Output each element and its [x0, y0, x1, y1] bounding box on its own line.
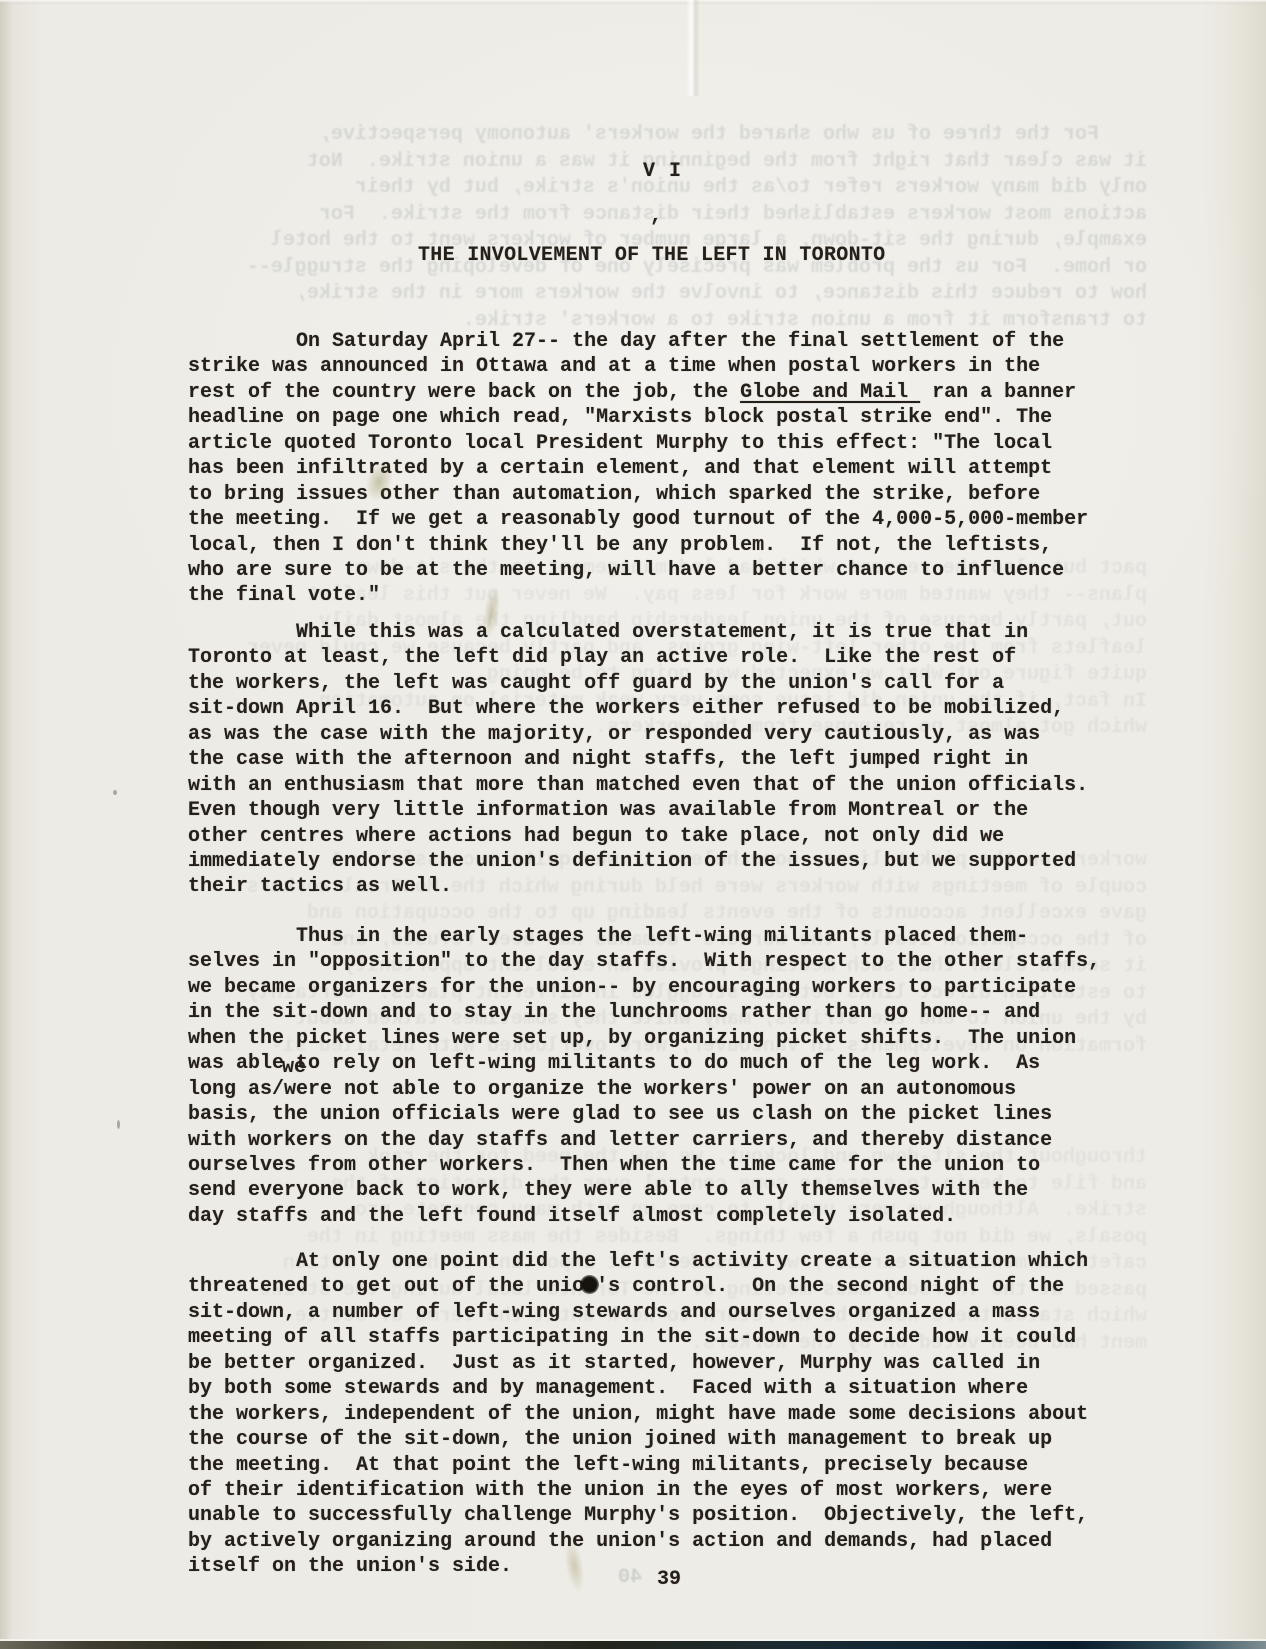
text-line: Thus in the early stages the left-wing m… — [188, 924, 1100, 949]
text-line: with workers on the day staffs and lette… — [188, 1128, 1100, 1153]
text-line: headline on page one which read, "Marxis… — [188, 405, 1088, 430]
speck-mark — [113, 790, 117, 795]
paragraph: Thus in the early stages the left-wing m… — [188, 924, 1100, 1229]
text-line: by both some stewards and by management.… — [188, 1376, 1088, 1401]
ink-blot-overstrike: n — [584, 1275, 596, 1298]
text-line: has been infiltrated by a certain elemen… — [188, 456, 1088, 481]
text-line: the meeting. At that point the left-wing… — [188, 1453, 1088, 1478]
text-line: sit-down April 16. But where the workers… — [188, 696, 1088, 721]
text-line: unable to successfully challenge Murphy'… — [188, 1503, 1088, 1528]
text-line: day staffs and the left found itself alm… — [188, 1204, 1100, 1229]
text-line: who are sure to be at the meeting, will … — [188, 558, 1088, 583]
text-line: selves in "opposition" to the day staffs… — [188, 949, 1100, 974]
text-line: strike was announced in Ottawa and at a … — [188, 354, 1088, 379]
bleedthrough-line: how to reduce this distance, to involve … — [105, 281, 1147, 308]
text-line: in the sit-down and to stay in the lunch… — [188, 1000, 1100, 1025]
text-line: when the picket lines were set up, by or… — [188, 1026, 1100, 1051]
text-line: ourselves from other workers. Then when … — [188, 1153, 1100, 1178]
text-line: their tactics as well. — [188, 874, 1088, 899]
text-line: the final vote." — [188, 583, 1088, 608]
paper-crease — [686, 0, 700, 96]
text-segment: ran a banner — [920, 381, 1076, 404]
text-line: other centres where actions had begun to… — [188, 824, 1088, 849]
text-line: was able to rely on left-wing militants … — [188, 1051, 1100, 1076]
text-line: itself on the union's side. — [188, 1554, 1088, 1579]
text-line: of their identification with the union i… — [188, 1478, 1088, 1503]
underlined-text: Globe and Mail — [740, 381, 920, 404]
text-line: the workers, independent of the union, m… — [188, 1402, 1088, 1427]
document-page: For the three of us who shared the worke… — [0, 0, 1266, 1649]
text-line: by actively organizing around the union'… — [188, 1529, 1088, 1554]
text-line: Even though very little information was … — [188, 798, 1088, 823]
text-line: send everyone back to work, they were ab… — [188, 1178, 1100, 1203]
text-line: the case with the afternoon and night st… — [188, 747, 1088, 772]
paragraph: While this was a calculated overstatemen… — [188, 620, 1088, 900]
text-segment: threatened to get out of the unio — [188, 1275, 584, 1298]
text-line: the course of the sit-down, the union jo… — [188, 1427, 1088, 1452]
text-line: long as/wewere not able to organize the … — [188, 1077, 1100, 1102]
text-line: rest of the country were back on the job… — [188, 380, 1088, 405]
text-line: While this was a calculated overstatemen… — [188, 620, 1088, 645]
text-segment: long as/ — [188, 1078, 284, 1101]
speck-mark — [117, 1120, 120, 1129]
text-line: On Saturday April 27-- the day after the… — [188, 329, 1088, 354]
text-line: immediately endorse the union's definiti… — [188, 849, 1088, 874]
text-segment: 's control. On the second night of the — [596, 1275, 1064, 1298]
stray-typed-mark: , — [650, 205, 662, 228]
text-line: the meeting. If we get a reasonably good… — [188, 507, 1088, 532]
text-line: we became organizers for the union-- by … — [188, 975, 1100, 1000]
text-line: At only one point did the left's activit… — [188, 1249, 1088, 1274]
text-line: threatened to get out of the union's con… — [188, 1274, 1088, 1299]
text-line: sit-down, a number of left-wing stewards… — [188, 1300, 1088, 1325]
bleedthrough-line: For the three of us who shared the worke… — [105, 122, 1147, 149]
text-line: to bring issues other than automation, w… — [188, 482, 1088, 507]
inserted-word: we — [282, 1055, 306, 1080]
paper-top-edge — [0, 0, 1266, 5]
page-title: THE INVOLVEMENT OF THE LEFT IN TORONTO — [418, 244, 885, 267]
text-line: be better organized. Just as it started,… — [188, 1351, 1088, 1376]
bleedthrough-line: only did many workers refer to/as the un… — [105, 175, 1147, 202]
text-segment: rest of the country were back on the job… — [188, 381, 740, 404]
bleedthrough-line: actions most workers established their d… — [105, 202, 1147, 229]
chapter-number: V I — [643, 160, 682, 183]
bleedthrough-line: it was clear that right from the beginni… — [105, 149, 1147, 176]
bleedthrough-text: For the three of us who shared the worke… — [105, 122, 1147, 334]
text-line: Toronto at least, the left did play an a… — [188, 645, 1088, 670]
paragraph: On Saturday April 27-- the day after the… — [188, 329, 1088, 609]
paragraph: At only one point did the left's activit… — [188, 1249, 1088, 1580]
text-line: the workers, the left was caught off gua… — [188, 671, 1088, 696]
text-segment: were not able to organize the workers' p… — [284, 1078, 1016, 1101]
page-number: 39 — [657, 1568, 681, 1591]
text-line: with an enthusiasm that more than matche… — [188, 773, 1088, 798]
text-line: local, then I don't think they'll be any… — [188, 533, 1088, 558]
text-line: meeting of all staffs participating in t… — [188, 1325, 1088, 1350]
scan-edge-strip — [0, 1641, 1266, 1649]
text-line: as was the case with the majority, or re… — [188, 722, 1088, 747]
text-line: basis, the union officials were glad to … — [188, 1102, 1100, 1127]
text-line: article quoted Toronto local President M… — [188, 431, 1088, 456]
